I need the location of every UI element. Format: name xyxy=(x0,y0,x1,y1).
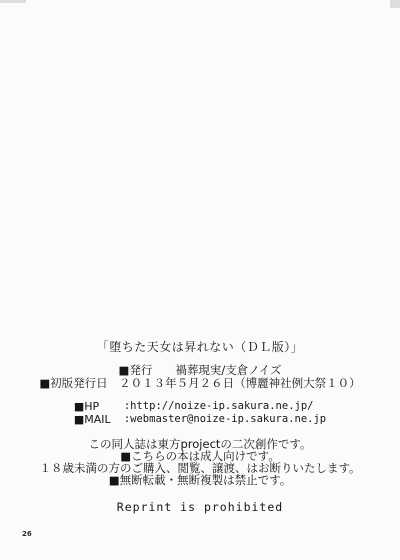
notice-block: この同人誌は東方projectの二次創作です。 ■こちらの本は成人向けです。 １… xyxy=(0,438,400,486)
mail-address: :webmaster@noize-ip.sakura.ne.jp xyxy=(124,413,326,426)
scan-artifact-top-right xyxy=(390,0,400,8)
homepage-row: ■HP :http://noize-ip.sakura.ne.jp/ xyxy=(74,400,326,413)
mail-row: ■MAIL :webmaster@noize-ip.sakura.ne.jp xyxy=(74,413,326,426)
homepage-label: ■HP xyxy=(74,400,124,413)
colophon-block: 「堕ちた天女は昇れない（ＤＬ版）」 ■発行 禍葬現実/支倉ノイズ ■初版発行日 … xyxy=(0,340,400,514)
homepage-url: :http://noize-ip.sakura.ne.jp/ xyxy=(124,400,314,413)
reprint-prohibited-notice: Reprint is prohibited xyxy=(0,500,400,514)
contact-block: ■HP :http://noize-ip.sakura.ne.jp/ ■MAIL… xyxy=(74,400,326,426)
scan-artifact-top-left xyxy=(0,0,26,3)
mail-label: ■MAIL xyxy=(74,413,124,426)
page-number: 26 xyxy=(22,530,32,538)
publication-block: ■発行 禍葬現実/支倉ノイズ ■初版発行日 ２０１３年５月２６日（博麗神社例大祭… xyxy=(0,364,400,390)
first-edition-date-line: ■初版発行日 ２０１３年５月２６日（博麗神社例大祭１０） xyxy=(0,377,400,390)
no-reproduction-notice: ■無断転載・無断複製は禁止です。 xyxy=(0,474,400,486)
book-title: 「堕ちた天女は昇れない（ＤＬ版）」 xyxy=(0,340,400,354)
